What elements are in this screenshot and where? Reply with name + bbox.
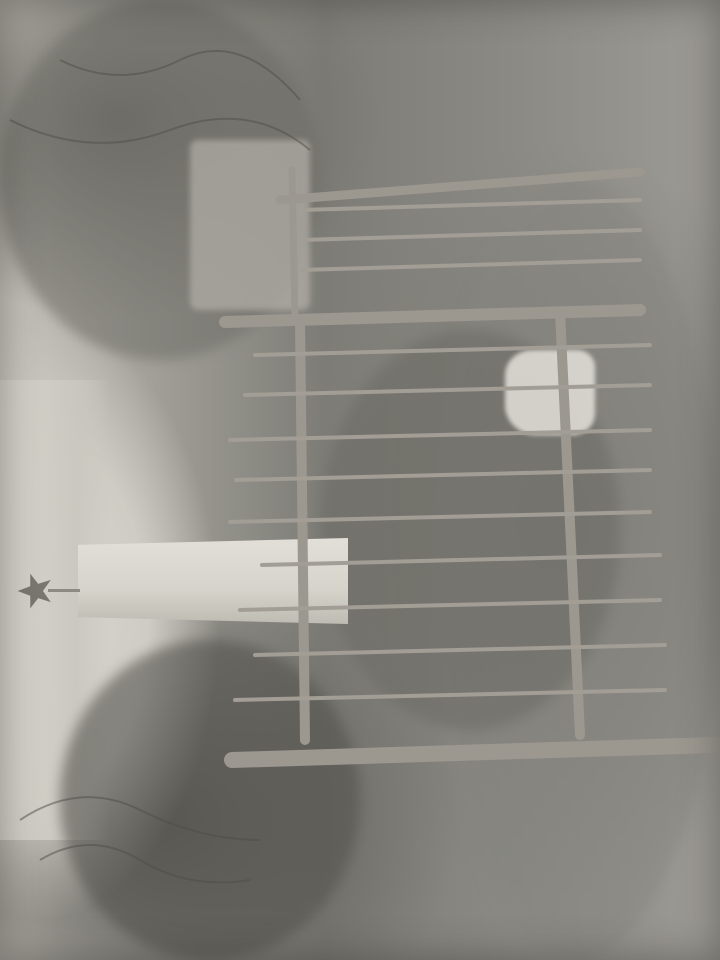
photograph bbox=[0, 0, 720, 960]
iron-fence bbox=[0, 0, 720, 960]
